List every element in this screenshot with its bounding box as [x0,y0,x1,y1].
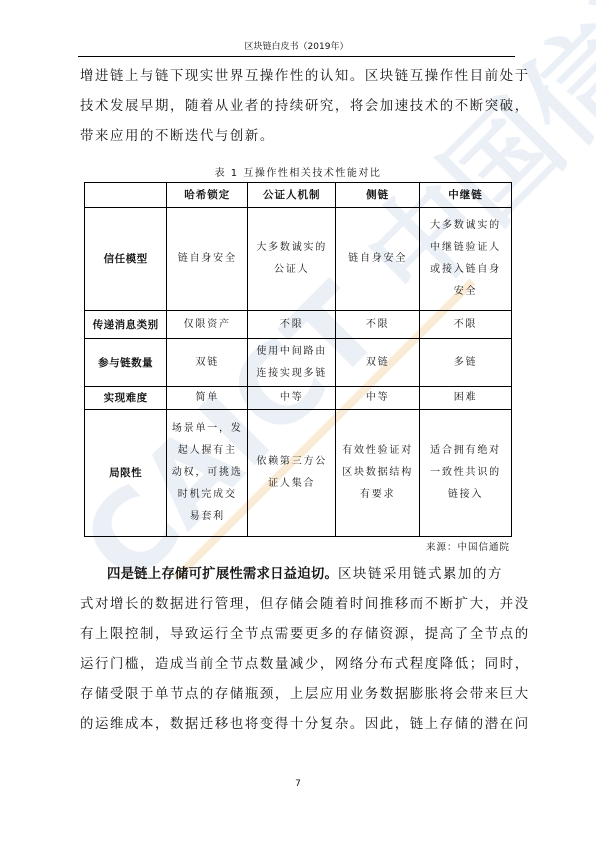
corner-cell [85,183,167,208]
text-line: 技术发展早期，随着从业者的持续研究，将会加速技术的不断突破， [80,92,516,122]
table-cell: 双链 [167,339,248,387]
intro-paragraph: 增进链上与链下现实世界互操作性的认知。区块链互操作性目前处于 技术发展早期，随着… [80,62,516,152]
text-line: 有上限控制，导致运行全节点需要更多的存储资源，提高了全节点的 [80,620,516,650]
table-row: 局限性 场景单一，发起人握有主动权，可挑选时机完成交易套利 依赖第三方公证人集合… [85,410,512,537]
table-cell: 中等 [336,387,420,410]
text-line: 运行门槛，造成当前全节点数量减少，网络分布式程度降低；同时， [80,650,516,680]
table-cell: 链自身安全 [336,208,420,311]
table-cell: 中等 [248,387,336,410]
table-cell: 有效性验证对区块数据结构有要求 [336,410,420,537]
text-line: 存储受限于单节点的存储瓶颈，上层应用业务数据膨胀将会带来巨大 [80,680,516,710]
table-cell: 使用中间路由连接实现多链 [248,339,336,387]
row-header: 实现难度 [85,387,167,410]
table-cell: 困难 [420,387,512,410]
table-cell: 链自身安全 [167,208,248,311]
table-row: 参与链数量 双链 使用中间路由连接实现多链 双链 多链 [85,339,512,387]
table-cell: 依赖第三方公证人集合 [248,410,336,537]
table-source: 来源：中国信通院 [426,539,510,553]
table-cell: 大多数诚实的公证人 [248,208,336,311]
table-row: 实现难度 简单 中等 中等 困难 [85,387,512,410]
interoperability-comparison-table: 哈希锁定 公证人机制 侧链 中继链 信任模型 链自身安全 大多数诚实的公证人 链… [84,182,512,537]
table-cell: 多链 [420,339,512,387]
table-cell: 仅限资产 [167,311,248,339]
column-header: 中继链 [420,183,512,208]
text-line: 增进链上与链下现实世界互操作性的认知。区块链互操作性目前处于 [80,62,516,92]
row-header: 传递消息类别 [85,311,167,339]
text-line: 四是链上存储可扩展性需求日益迫切。区块链采用链式累加的方 [80,560,516,590]
table-cell: 双链 [336,339,420,387]
text-line: 的运维成本，数据迁移也将变得十分复杂。因此，链上存储的潜在问 [80,710,516,740]
text-line: 带来应用的不断迭代与创新。 [80,122,516,152]
text-line: 式对增长的数据进行管理，但存储会随着时间推移而不断扩大，并没 [80,590,516,620]
page-number: 7 [0,779,596,789]
table-header-row: 哈希锁定 公证人机制 侧链 中继链 [85,183,512,208]
bold-lead: 四是链上存储可扩展性需求日益迫切。 [107,567,338,582]
table-cell: 不限 [248,311,336,339]
table-row: 传递消息类别 仅限资产 不限 不限 不限 [85,311,512,339]
column-header: 哈希锁定 [167,183,248,208]
table-cell: 不限 [336,311,420,339]
running-header: 区块链白皮书（2019年） [78,41,515,57]
column-header: 公证人机制 [248,183,336,208]
table-cell: 适合拥有绝对一致性共识的链接入 [420,410,512,537]
row-header: 信任模型 [85,208,167,311]
row-header: 参与链数量 [85,339,167,387]
table-cell: 简单 [167,387,248,410]
row-header: 局限性 [85,410,167,537]
table-row: 信任模型 链自身安全 大多数诚实的公证人 链自身安全 大多数诚实的中继链验证人或… [85,208,512,311]
table-caption: 表 1 互操作性相关技术性能对比 [84,164,512,179]
table-cell: 不限 [420,311,512,339]
column-header: 侧链 [336,183,420,208]
body-paragraph: 四是链上存储可扩展性需求日益迫切。区块链采用链式累加的方 式对增长的数据进行管理… [80,560,516,740]
table-cell: 场景单一，发起人握有主动权，可挑选时机完成交易套利 [167,410,248,537]
table-cell: 大多数诚实的中继链验证人或接入链自身安全 [420,208,512,311]
